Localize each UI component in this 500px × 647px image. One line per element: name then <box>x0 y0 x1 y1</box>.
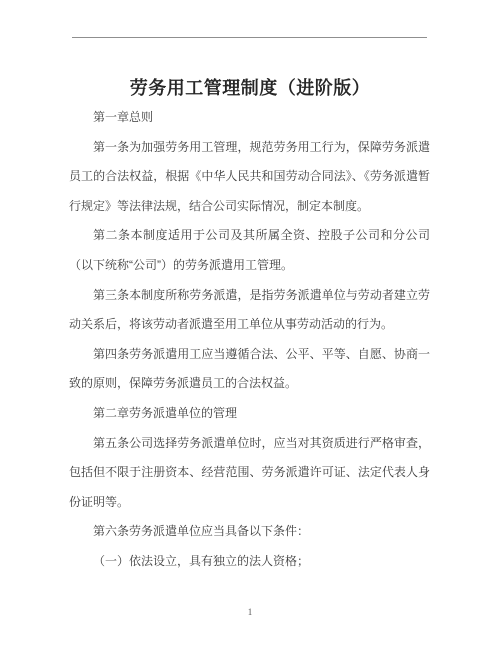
list-item-paragraph: （一）依法设立，具有独立的法人资格； <box>69 547 430 577</box>
article-paragraph: 第二条本制度适用于公司及其所属全资、控股子公司和分公司（以下统称“公司”）的劳务… <box>69 221 430 280</box>
chapter-heading: 第二章劳务派遣单位的管理 <box>69 399 430 429</box>
document-body: 第一章总则 第一条为加强劳务用工管理，规范劳务用工行为，保障劳务派遣员工的合法权… <box>69 103 430 577</box>
article-paragraph: 第五条公司选择劳务派遣单位时，应当对其资质进行严格审查，包括但不限于注册资本、经… <box>69 429 430 518</box>
document-page: 劳务用工管理制度（进阶版） 第一章总则 第一条为加强劳务用工管理，规范劳务用工行… <box>0 0 500 647</box>
chapter-heading: 第一章总则 <box>69 103 430 133</box>
article-paragraph: 第一条为加强劳务用工管理，规范劳务用工行为，保障劳务派遣员工的合法权益，根据《中… <box>69 133 430 222</box>
article-paragraph: 第三条本制度所称劳务派遣，是指劳务派遣单位与劳动者建立劳动关系后，将该劳动者派遣… <box>69 281 430 340</box>
page-number: 1 <box>0 607 500 617</box>
document-title: 劳务用工管理制度（进阶版） <box>0 74 500 100</box>
header-rule <box>72 37 427 38</box>
article-paragraph: 第四条劳务派遣用工应当遵循合法、公平、平等、自愿、协商一致的原则，保障劳务派遣员… <box>69 340 430 399</box>
article-paragraph: 第六条劳务派遣单位应当具备以下条件： <box>69 517 430 547</box>
